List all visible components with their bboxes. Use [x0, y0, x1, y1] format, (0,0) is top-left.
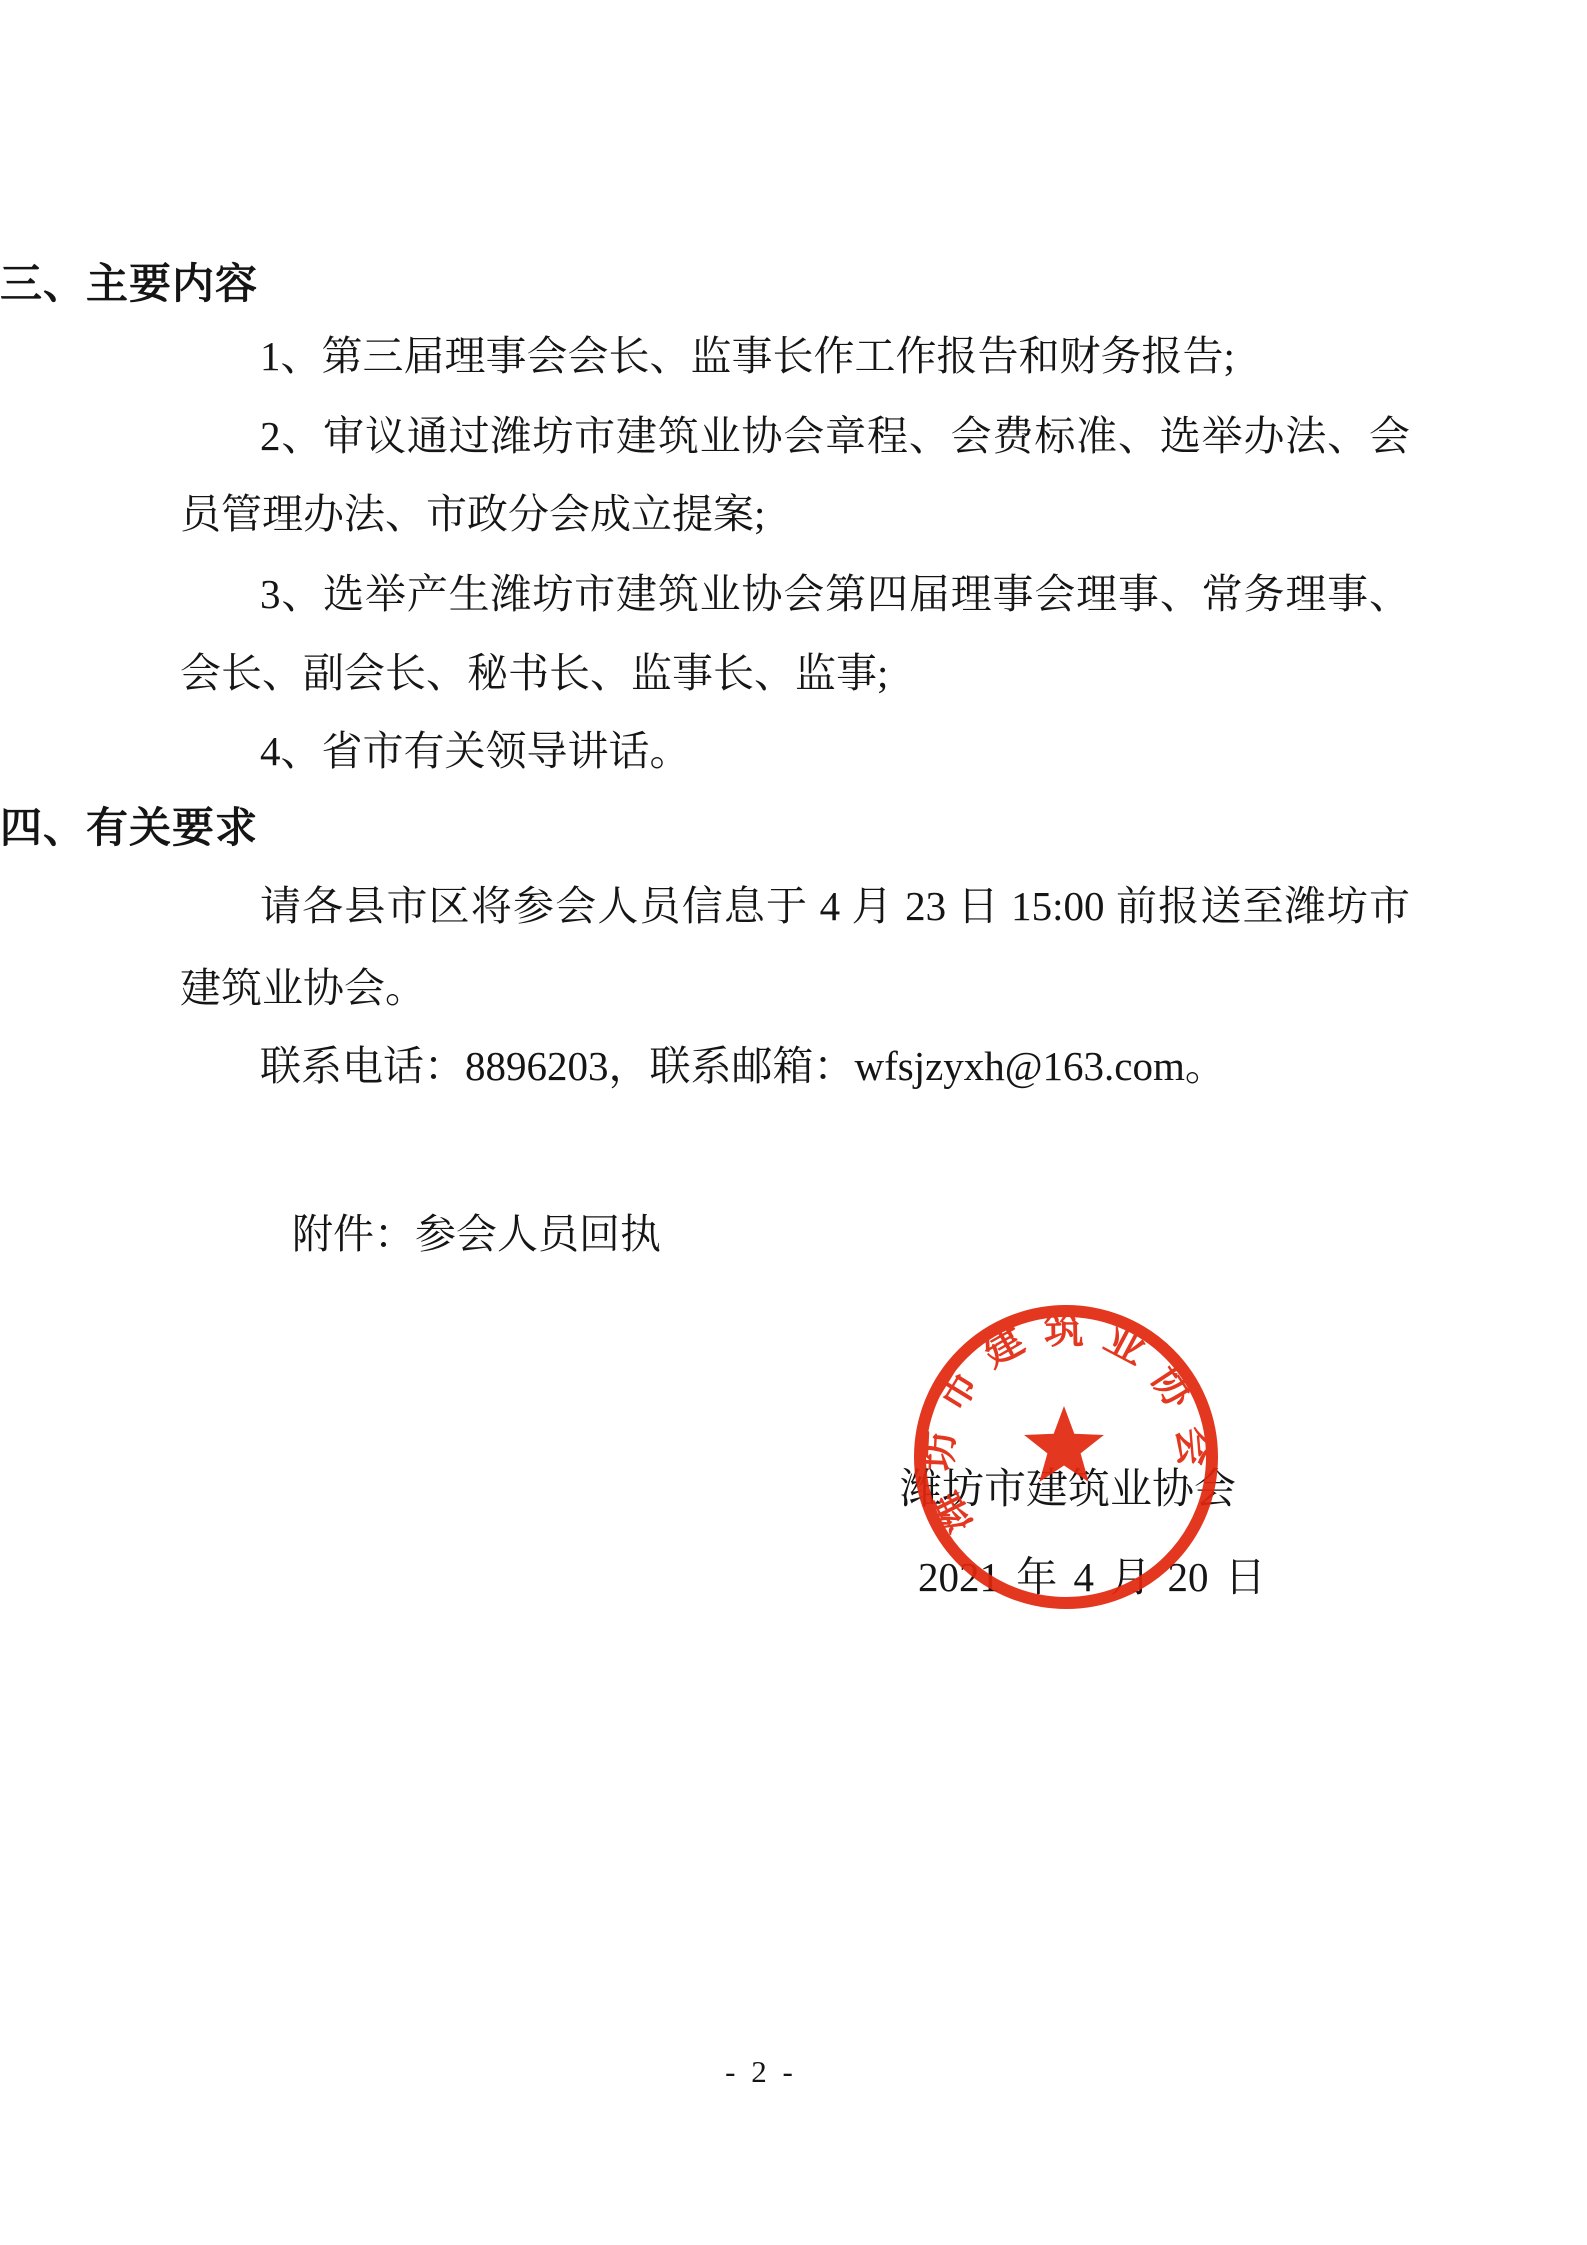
item-4: 4、省市有关领导讲话。 — [260, 725, 691, 777]
paragraph-submit-line-2: 建筑业协会。 — [180, 962, 426, 1014]
signature-date: 2021 年 4 月 20 日 — [918, 1551, 1266, 1603]
item-1: 1、第三届理事会会长、监事长作工作报告和财务报告; — [260, 330, 1235, 382]
item-2-line-2: 员管理办法、市政分会成立提案; — [180, 488, 765, 540]
item-3-line-1: 3、选举产生潍坊市建筑业协会第四届理事会理事、常务理事、 — [260, 568, 1410, 620]
document-page: 三、主要内容 1、第三届理事会会长、监事长作工作报告和财务报告; 2、审议通过潍… — [0, 0, 1587, 2245]
item-3-line-2: 会长、副会长、秘书长、监事长、监事; — [180, 647, 888, 699]
section-heading-main-content: 三、主要内容 — [0, 258, 258, 310]
section-heading-requirements: 四、有关要求 — [0, 802, 258, 854]
signature-organization: 潍坊市建筑业协会 — [900, 1464, 1236, 1516]
page-number: - 2 - — [661, 2052, 861, 2092]
paragraph-submit-line-1: 请各县市区将参会人员信息于 4 月 23 日 15:00 前报送至潍坊市 — [260, 880, 1410, 932]
attachment-note: 附件：参会人员回执 — [292, 1208, 661, 1260]
contact-info: 联系电话：8896203，联系邮箱：wfsjzyxh@163.com。 — [260, 1040, 1226, 1092]
item-2-line-1: 2、审议通过潍坊市建筑业协会章程、会费标准、选举办法、会 — [260, 410, 1410, 462]
